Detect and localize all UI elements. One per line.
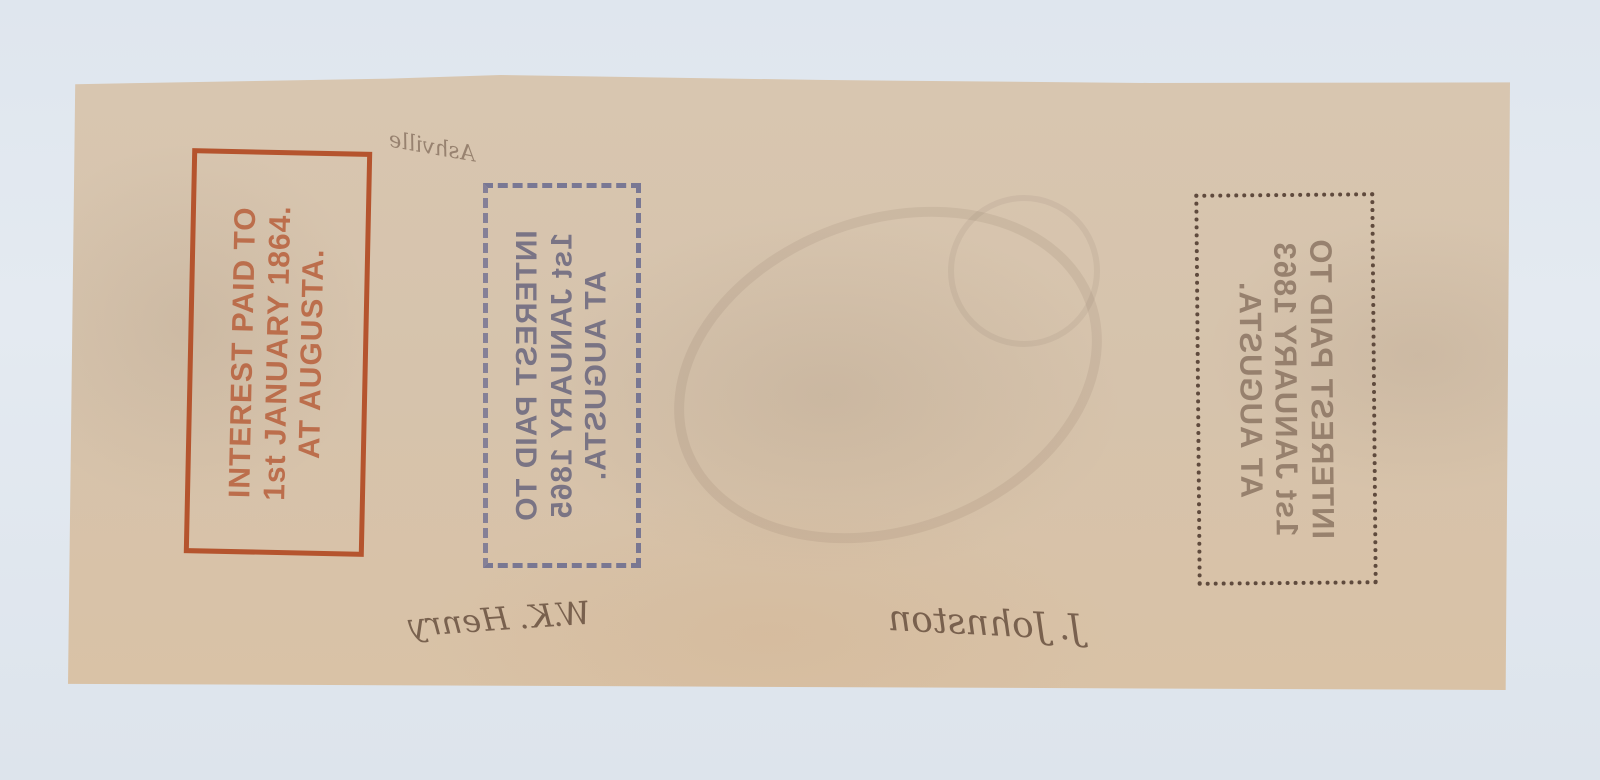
stamp-line: INTEREST PAID TO (223, 204, 264, 500)
interest-stamp-red: INTEREST PAID TO 1st JANUARY 1864. AT AU… (184, 148, 372, 557)
stamp-line: INTEREST PAID TO (510, 230, 545, 522)
stamp-line: 1st JANUARY 1865 (545, 230, 580, 522)
signature-right: J. Johnston (887, 598, 1084, 649)
interest-stamp-brown: INTEREST PAID TO 1st JANUARY 1863 AT AUG… (1194, 192, 1377, 586)
stamp-line: AT AUGUSTA. (579, 230, 614, 522)
signature-left: W.K. Henry (407, 594, 592, 645)
stamp-line: 1st JANUARY 1863 (1267, 238, 1305, 539)
stamp-line: AT AUGUSTA. (292, 205, 333, 501)
show-through-engraving-circle (948, 195, 1100, 347)
stamp-line: INTEREST PAID TO (1303, 238, 1341, 539)
interest-stamp-blue: INTEREST PAID TO 1st JANUARY 1865 AT AUG… (483, 183, 641, 568)
bond-note-paper: Ashville INTEREST PAID TO 1st JANUARY 18… (68, 75, 1510, 690)
handwritten-annotation: Ashville (386, 128, 477, 168)
stamp-line: AT AUGUSTA. (1231, 239, 1269, 540)
